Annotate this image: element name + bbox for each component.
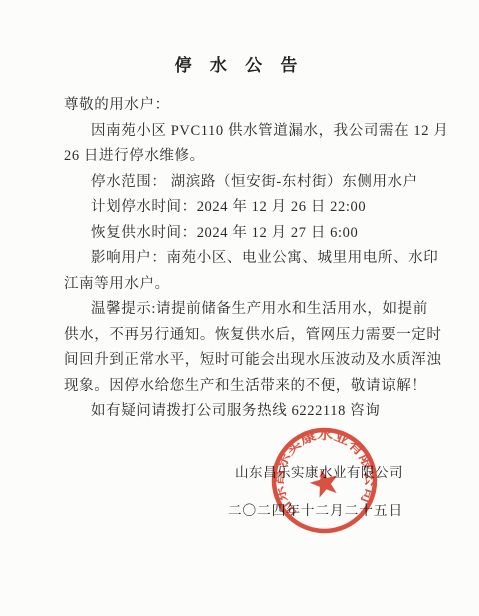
signature-company: 山东昌乐实康水业有限公司 (235, 461, 403, 481)
tips-line: 现象。因停水给您生产和生活带来的不便，敬请谅解！ (64, 374, 416, 400)
notice-line: 因南苑小区 PVC110 供水管道漏水，我公司需在 12 月 (64, 119, 416, 145)
tips-line: 间回升到正常水平，短时可能会出现水压波动及水质浑浊 (64, 348, 416, 374)
salutation-line: 尊敬的用水户： (64, 93, 416, 119)
planned-stop-time-line: 计划停水时间：2024 年 12 月 26 日 22:00 (64, 195, 416, 221)
affected-users-line: 江南等用水户。 (64, 272, 416, 298)
affected-users-line: 影响用户：南苑小区、电业公寓、城里用电所、水印 (64, 246, 416, 272)
signature-date: 二〇二四年十二月二十五日 (228, 499, 403, 519)
notice-line: 26 日进行停水维修。 (64, 144, 416, 170)
outage-scope-line: 停水范围： 湖滨路（恒安街-东村街）东侧用水户 (64, 170, 416, 196)
water-outage-notice-document: 停 水 公 告 尊敬的用水户： 因南苑小区 PVC110 供水管道漏水，我公司需… (0, 0, 479, 616)
page-title: 停 水 公 告 (0, 51, 479, 76)
tips-line: 温馨提示:请提前储备生产用水和生活用水，如提前 (64, 297, 416, 323)
notice-body: 尊敬的用水户： 因南苑小区 PVC110 供水管道漏水，我公司需在 12 月 2… (64, 93, 416, 425)
resume-time-line: 恢复供水时间：2024 年 12 月 27 日 6:00 (64, 221, 416, 247)
hotline-line: 如有疑问请拨打公司服务热线 6222118 咨询 (64, 399, 416, 425)
tips-line: 供水，不再另行通知。恢复供水后，管网压力需要一定时 (64, 323, 416, 349)
